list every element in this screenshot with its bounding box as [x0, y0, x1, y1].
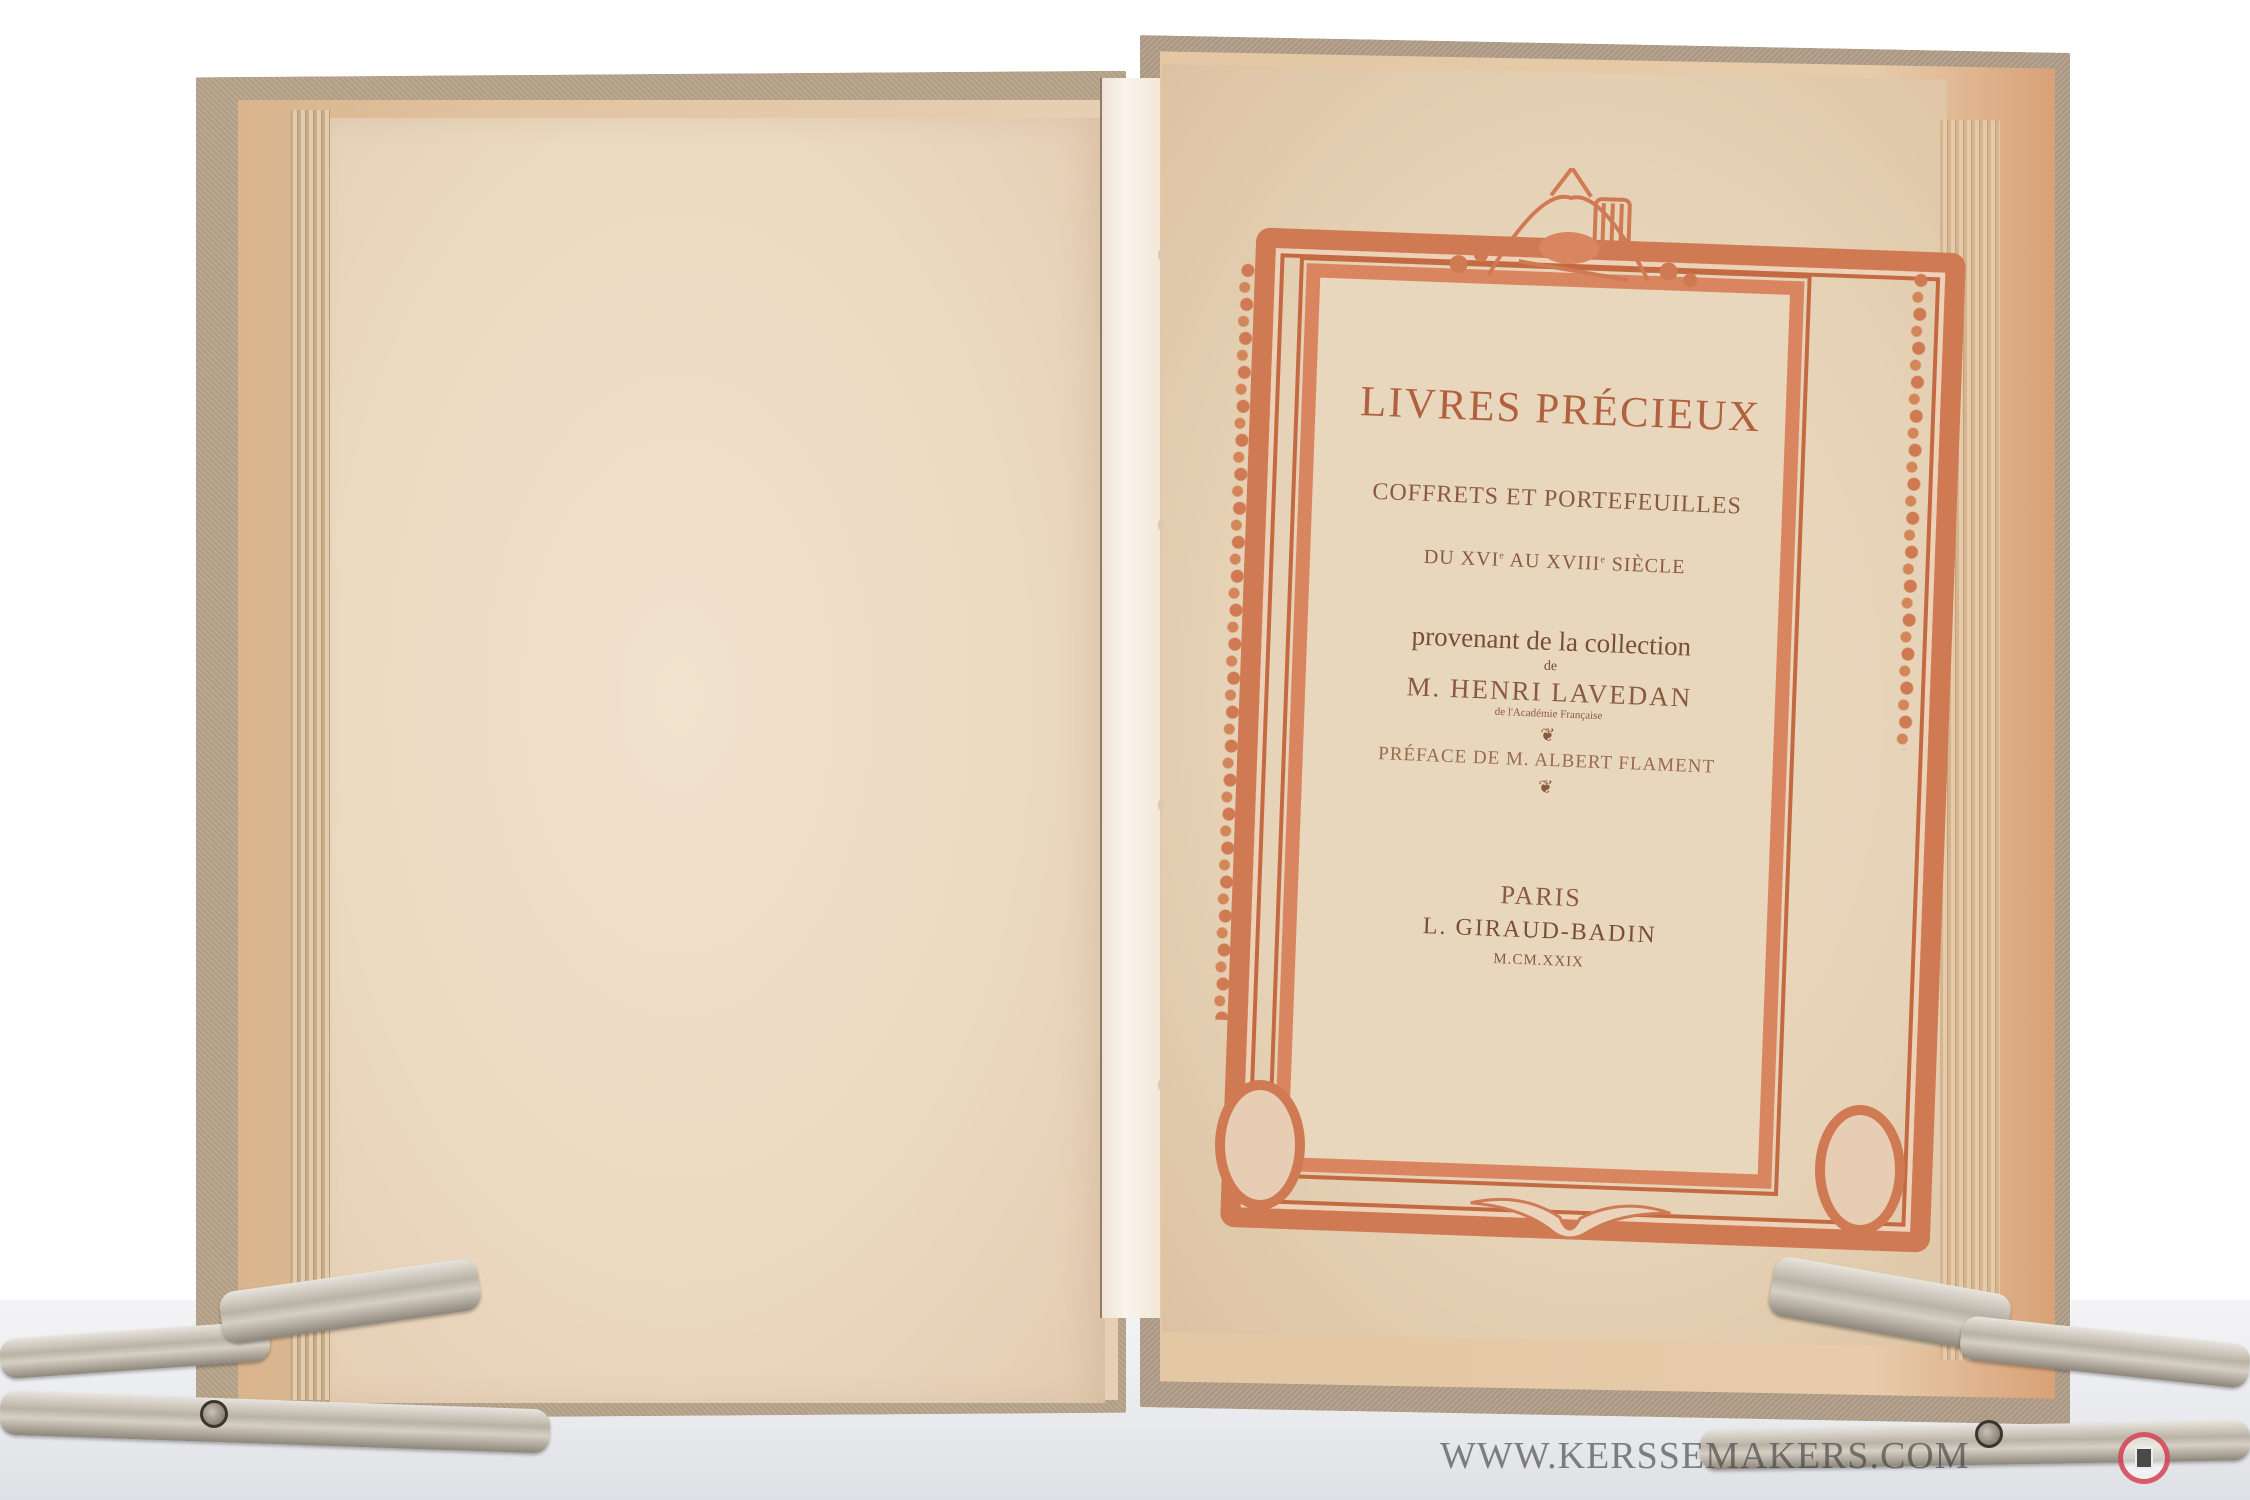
acanthus-ornament-icon — [1459, 1184, 1682, 1251]
lyre-crest-icon — [1418, 163, 1722, 293]
binding-stitch — [1158, 520, 1164, 530]
century-label: SIÈCLE — [1605, 553, 1686, 578]
book-gutter — [1100, 78, 1160, 1318]
century-start: DU XVI — [1423, 546, 1499, 571]
century-range: DU XVIe AU XVIIIe SIÈCLE — [1304, 541, 1805, 584]
binding-stitch — [1158, 1080, 1164, 1090]
page-stack-left — [290, 110, 330, 1400]
scroll-ornament-left-icon — [1215, 1080, 1305, 1210]
blank-left-page — [330, 118, 1105, 1403]
title-page-text: LIVRES PRÉCIEUX COFFRETS ET PORTEFEUILLE… — [1288, 375, 1811, 980]
bookshelf-icon — [2135, 1447, 2153, 1469]
binding-stitch — [1158, 250, 1164, 260]
scroll-ornament-right-icon — [1815, 1105, 1905, 1235]
website-watermark: WWW.KERSSEMAKERS.COM — [1440, 1434, 1970, 1478]
ex-libris-seal-icon — [2118, 1432, 2170, 1484]
binding-stitch — [1158, 800, 1164, 810]
book-subtitle: COFFRETS ET PORTEFEUILLES — [1307, 476, 1808, 523]
clip-rivet-icon — [1975, 1420, 2003, 1448]
century-end: AU XVIII — [1504, 549, 1600, 575]
clip-rivet-icon — [200, 1400, 228, 1428]
